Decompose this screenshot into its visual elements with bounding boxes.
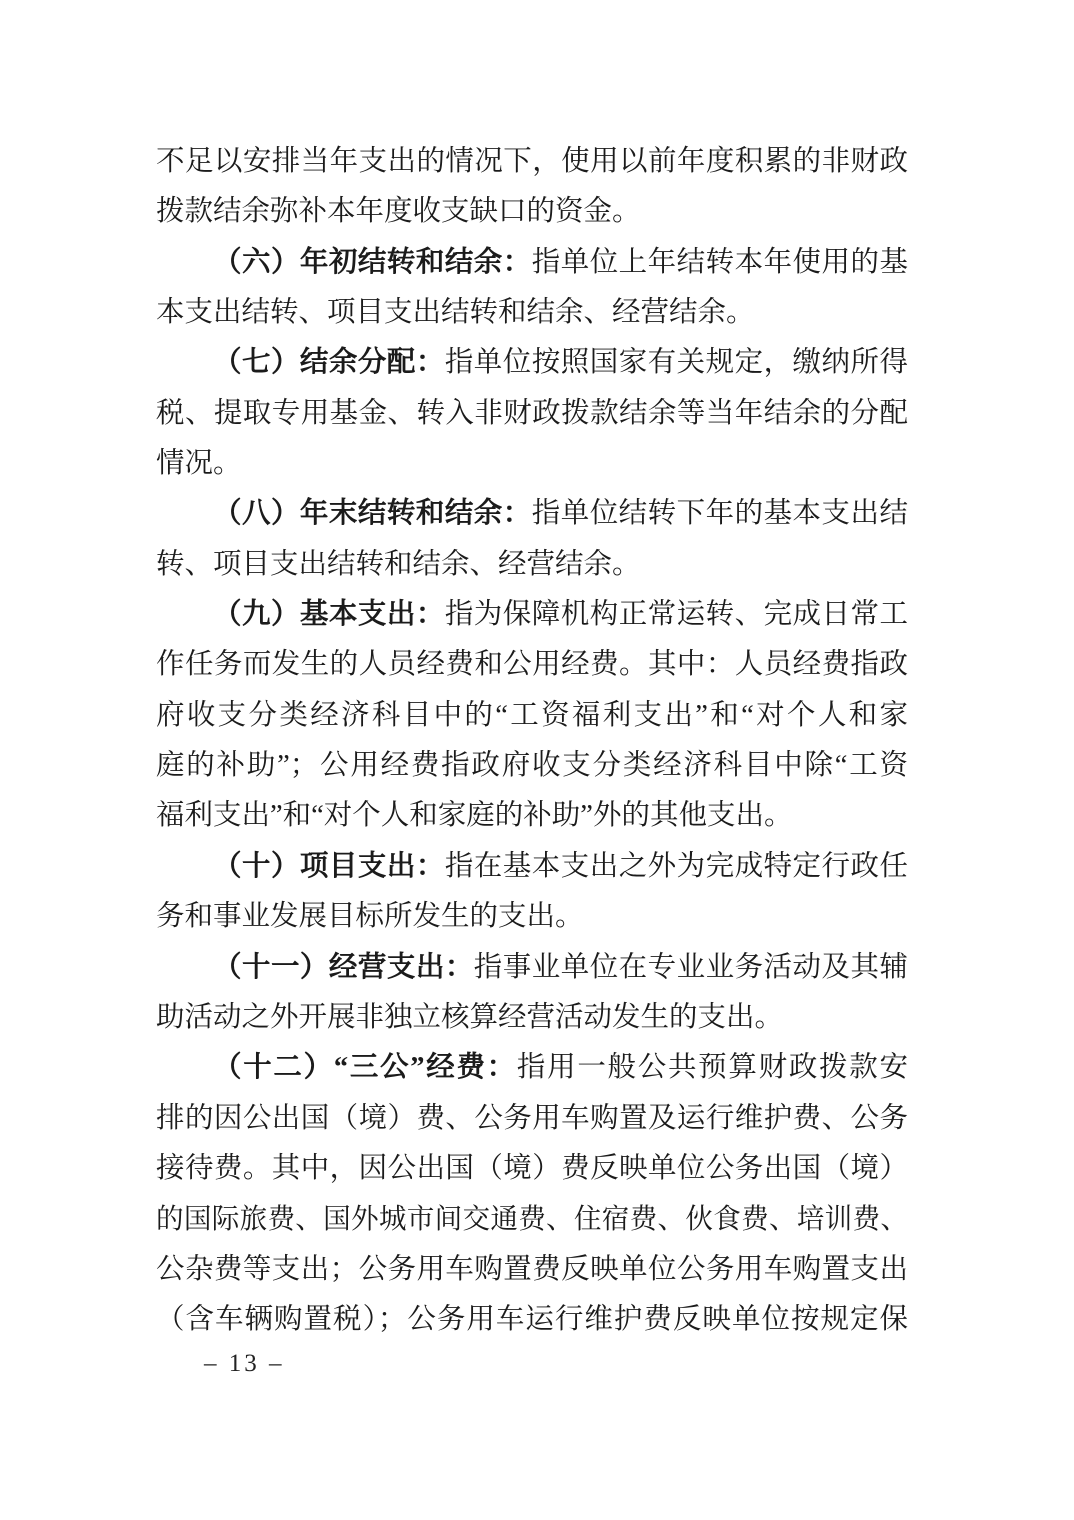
body-text: 指为保障机构正常运转、完成日常工 <box>445 599 908 630</box>
text-line: 庭的补助”；公用经费指政府收支分类经济科目中除“工资 <box>156 741 908 791</box>
text-line: 助活动之外开展非独立核算经营活动发生的支出。 <box>156 993 908 1043</box>
term-heading: （十一）经营支出： <box>213 952 474 983</box>
body-text: 转、项目支出结转和结余、经营结余。 <box>156 549 641 580</box>
body-text: 指用一般公共预算财政拨款安 <box>517 1052 908 1083</box>
text-line: 税、提取专用基金、转入非财政拨款结余等当年结余的分配 <box>156 389 908 439</box>
text-line: 公杂费等支出；公务用车购置费反映单位公务用车购置支出 <box>156 1245 908 1295</box>
body-text: 情况。 <box>156 448 242 479</box>
text-line: 福利支出”和“对个人和家庭的补助”外的其他支出。 <box>156 791 908 841</box>
body-text: 不足以安排当年支出的情况下，使用以前年度积累的非财政 <box>156 146 908 177</box>
term-heading: （十）项目支出： <box>213 851 445 882</box>
paragraph-continuation: 不足以安排当年支出的情况下，使用以前年度积累的非财政 拨款结余弥补本年度收支缺口… <box>156 137 908 238</box>
term-heading: （七）结余分配： <box>213 347 445 378</box>
body-text: 指单位按照国家有关规定，缴纳所得 <box>445 347 908 378</box>
text-line: （六）年初结转和结余：指单位上年结转本年使用的基 <box>156 238 908 288</box>
text-line: 转、项目支出结转和结余、经营结余。 <box>156 540 908 590</box>
body-text: 作任务而发生的人员经费和公用经费。其中：人员经费指政 <box>156 649 908 680</box>
text-line: 排的因公出国（境）费、公务用车购置及运行维护费、公务 <box>156 1094 908 1144</box>
term-heading: （六）年初结转和结余： <box>213 247 532 278</box>
text-content: 不足以安排当年支出的情况下，使用以前年度积累的非财政 拨款结余弥补本年度收支缺口… <box>156 137 908 1345</box>
page-number: – 13 – <box>204 1349 285 1379</box>
text-line: 府收支分类经济科目中的“工资福利支出”和“对个人和家 <box>156 691 908 741</box>
text-line: （含车辆购置税）；公务用车运行维护费反映单位按规定保 <box>156 1295 908 1345</box>
body-text: 指单位上年结转本年使用的基 <box>532 247 908 278</box>
text-line: （十二）“三公”经费：指用一般公共预算财政拨款安 <box>156 1043 908 1093</box>
text-line: （十）项目支出：指在基本支出之外为完成特定行政任 <box>156 842 908 892</box>
paragraph-term-8: （八）年末结转和结余：指单位结转下年的基本支出结 转、项目支出结转和结余、经营结… <box>156 489 908 590</box>
body-text: 的国际旅费、国外城市间交通费、住宿费、伙食费、培训费、 <box>156 1203 908 1234</box>
paragraph-term-7: （七）结余分配：指单位按照国家有关规定，缴纳所得 税、提取专用基金、转入非财政拨… <box>156 338 908 489</box>
paragraph-term-11: （十一）经营支出：指事业单位在专业业务活动及其辅 助活动之外开展非独立核算经营活… <box>156 943 908 1044</box>
text-line: 务和事业发展目标所发生的支出。 <box>156 892 908 942</box>
body-text: 拨款结余弥补本年度收支缺口的资金。 <box>156 196 641 227</box>
body-text: 接待费。其中，因公出国（境）费反映单位公务出国（境） <box>156 1153 908 1184</box>
text-line: （八）年末结转和结余：指单位结转下年的基本支出结 <box>156 489 908 539</box>
document-page: 不足以安排当年支出的情况下，使用以前年度积累的非财政 拨款结余弥补本年度收支缺口… <box>0 0 1074 1520</box>
body-text: 公杂费等支出；公务用车购置费反映单位公务用车购置支出 <box>156 1254 908 1285</box>
body-text: 本支出结转、项目支出结转和结余、经营结余。 <box>156 297 755 328</box>
body-text: 助活动之外开展非独立核算经营活动发生的支出。 <box>156 1002 783 1033</box>
body-text: 指事业单位在专业业务活动及其辅 <box>474 952 908 983</box>
body-text: 庭的补助”；公用经费指政府收支分类经济科目中除“工资 <box>156 750 908 781</box>
text-line: （十一）经营支出：指事业单位在专业业务活动及其辅 <box>156 943 908 993</box>
text-line: 的国际旅费、国外城市间交通费、住宿费、伙食费、培训费、 <box>156 1194 908 1244</box>
text-line: （七）结余分配：指单位按照国家有关规定，缴纳所得 <box>156 338 908 388</box>
body-text: 指单位结转下年的基本支出结 <box>532 498 908 529</box>
text-line: 作任务而发生的人员经费和公用经费。其中：人员经费指政 <box>156 640 908 690</box>
body-text: 府收支分类经济科目中的“工资福利支出”和“对个人和家 <box>156 700 908 731</box>
paragraph-term-9: （九）基本支出：指为保障机构正常运转、完成日常工 作任务而发生的人员经费和公用经… <box>156 590 908 842</box>
body-text: 福利支出”和“对个人和家庭的补助”外的其他支出。 <box>156 800 792 831</box>
term-heading: （十二）“三公”经费： <box>213 1052 517 1083</box>
paragraph-term-12: （十二）“三公”经费：指用一般公共预算财政拨款安 排的因公出国（境）费、公务用车… <box>156 1043 908 1345</box>
body-text: 税、提取专用基金、转入非财政拨款结余等当年结余的分配 <box>156 398 908 429</box>
body-text: 务和事业发展目标所发生的支出。 <box>156 901 584 932</box>
term-heading: （九）基本支出： <box>213 599 445 630</box>
body-text: 排的因公出国（境）费、公务用车购置及运行维护费、公务 <box>156 1103 908 1134</box>
paragraph-term-10: （十）项目支出：指在基本支出之外为完成特定行政任 务和事业发展目标所发生的支出。 <box>156 842 908 943</box>
term-heading: （八）年末结转和结余： <box>213 498 532 529</box>
text-line: 情况。 <box>156 439 908 489</box>
text-line: 不足以安排当年支出的情况下，使用以前年度积累的非财政 <box>156 137 908 187</box>
body-text: （含车辆购置税）；公务用车运行维护费反映单位按规定保 <box>156 1304 908 1335</box>
body-text: 指在基本支出之外为完成特定行政任 <box>445 851 908 882</box>
paragraph-term-6: （六）年初结转和结余：指单位上年结转本年使用的基 本支出结转、项目支出结转和结余… <box>156 238 908 339</box>
text-line: （九）基本支出：指为保障机构正常运转、完成日常工 <box>156 590 908 640</box>
text-line: 拨款结余弥补本年度收支缺口的资金。 <box>156 187 908 237</box>
text-line: 本支出结转、项目支出结转和结余、经营结余。 <box>156 288 908 338</box>
text-line: 接待费。其中，因公出国（境）费反映单位公务出国（境） <box>156 1144 908 1194</box>
